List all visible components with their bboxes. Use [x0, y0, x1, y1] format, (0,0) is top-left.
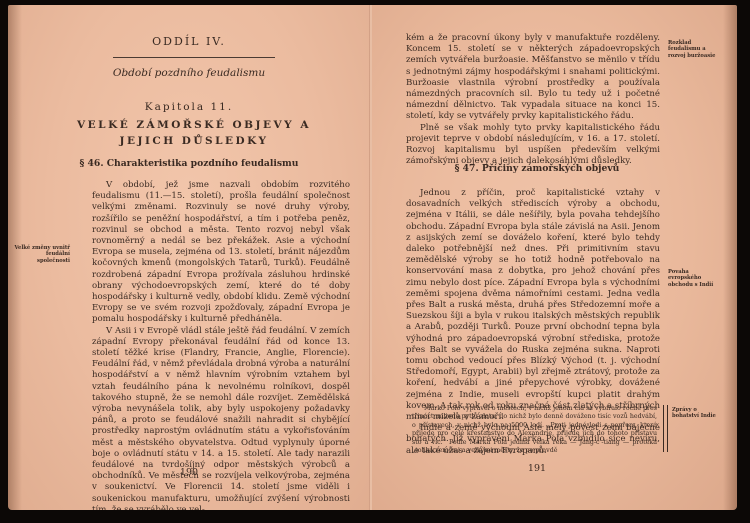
paragraph: kém a že pracovní úkony byly v manufaktu…: [406, 33, 660, 123]
margin-rule: [663, 405, 668, 452]
paragraph-heading-47: § 47. Příčiny zámořských objevů: [372, 163, 702, 174]
left-body-text: V období, jež jsme nazvali obdobím rozvi…: [92, 180, 350, 510]
title-rule: [113, 57, 275, 58]
paragraph: V období, jež jsme nazvali obdobím rozvi…: [92, 180, 350, 326]
paragraph: Plně se však mohly tyto prvky kapitalist…: [406, 123, 660, 168]
paragraph: Jednou z příčin, proč kapitalistické vzt…: [406, 188, 660, 423]
margin-note-trade-india: Povaha evropského obchodu s Indií: [668, 269, 718, 288]
period-subtitle: Období pozdního feudalismu: [8, 67, 370, 79]
right-page: kém a že pracovní úkony byly v manufaktu…: [372, 5, 737, 510]
page-number-left: 190: [8, 467, 370, 478]
left-page: ODDÍL IV. Období pozdního feudalismu Kap…: [8, 5, 370, 510]
chapter-title: VELKÉ ZÁMOŘSKÉ OBJEVY A JEJICH DŮSLEDKY: [48, 117, 340, 149]
page-number-right: 191: [372, 463, 702, 474]
paragraph-heading-46: § 46. Charakteristika pozdního feudalism…: [8, 158, 370, 169]
small-print-paragraph: Marko Polo vyprávěl o městech, v nichž j…: [412, 405, 657, 455]
margin-note-wealth-india: Zprávy o bohatství Indie: [672, 407, 717, 420]
section-title: ODDÍL IV.: [8, 35, 370, 48]
paragraph: V Asii i v Evropě vládl stále ještě řád …: [92, 326, 350, 510]
right-body-top: kém a že pracovní úkony byly v manufaktu…: [406, 33, 660, 167]
margin-note-bourgeoisie: Rozklad feudalismu a rozvoj buržoasie: [668, 40, 718, 59]
margin-note-changes: Velké změny uvnitř feudální společnosti: [14, 245, 70, 264]
small-print-quote: Marko Polo vyprávěl o městech, v nichž j…: [412, 405, 657, 455]
chapter-number: Kapitola 11.: [8, 101, 370, 113]
page-edge-shadow: [723, 5, 737, 510]
